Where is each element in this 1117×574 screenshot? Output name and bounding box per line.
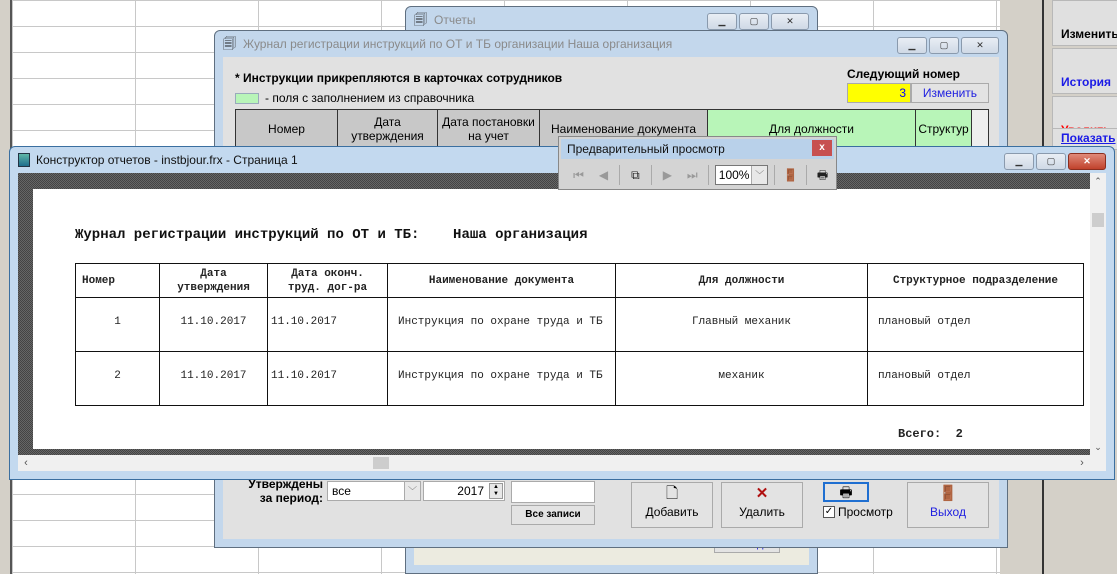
close-button[interactable]: ✕: [771, 13, 809, 30]
next-number-field[interactable]: 3: [847, 83, 911, 103]
column-header[interactable]: Структур: [916, 110, 972, 148]
maximize-button[interactable]: ▢: [739, 13, 769, 30]
vertical-scrollbar[interactable]: ⌃ ⌄: [1090, 173, 1106, 455]
multi-page-icon[interactable]: ⧉: [626, 165, 645, 185]
edit-employee-button[interactable]: Изменить: [1052, 0, 1117, 46]
year-stepper[interactable]: 2017 ▲▼: [423, 481, 505, 501]
scroll-down-icon[interactable]: ⌄: [1090, 439, 1106, 455]
exit-door-icon[interactable]: 🚪: [781, 165, 800, 185]
scroll-up-icon[interactable]: ⌃: [1090, 173, 1106, 189]
print-button[interactable]: 🖶: [823, 482, 869, 502]
exit-door-icon: 🚪: [908, 483, 988, 505]
delete-button[interactable]: ✕ Удалить: [721, 482, 803, 528]
close-button[interactable]: ✕: [1068, 153, 1106, 170]
grid-scrollbar[interactable]: [972, 110, 988, 148]
close-button[interactable]: ✕: [961, 37, 999, 54]
chevron-down-icon[interactable]: ﹀: [751, 166, 767, 184]
table-row: 2 11.10.2017 11.10.2017 Инструкция по ох…: [76, 352, 1084, 406]
report-canvas: Журнал регистрации инструкций по ОТ и ТБ…: [18, 173, 1106, 471]
report-header: Структурное подразделение: [868, 264, 1084, 298]
report-title: Журнал регистрации инструкций по ОТ и ТБ…: [75, 227, 587, 243]
maximize-button[interactable]: ▢: [929, 37, 959, 54]
report-total: Всего: 2: [898, 427, 963, 441]
minimize-button[interactable]: ▁: [707, 13, 737, 30]
legend-green-swatch: [235, 93, 259, 104]
zoom-select[interactable]: 100% ﹀: [715, 165, 768, 185]
period-label: Утверждены за период:: [237, 477, 323, 505]
instructions-note: * Инструкции прикрепляются в карточках с…: [235, 71, 562, 85]
scroll-left-icon[interactable]: ‹: [18, 455, 34, 471]
report-header: Наименование документа: [388, 264, 616, 298]
report-header: Номер: [76, 264, 160, 298]
chevron-down-icon[interactable]: ﹀: [404, 482, 420, 500]
all-records-button[interactable]: Все записи: [511, 505, 595, 525]
first-page-icon[interactable]: ⏮: [569, 165, 588, 185]
report-designer-window: Конструктор отчетов - instbjour.frx - Ст…: [9, 146, 1115, 480]
preview-toolbar-title[interactable]: Предварительный просмотр: [561, 139, 834, 159]
scroll-thumb[interactable]: [373, 457, 389, 469]
filter-field[interactable]: [511, 481, 595, 503]
close-button[interactable]: x: [812, 140, 832, 156]
printer-icon[interactable]: 🖶: [813, 165, 832, 185]
preview-toolbar-window: Предварительный просмотр x ⏮ ◀ ⧉ ▶ ⏭ 100…: [558, 136, 837, 190]
minimize-button[interactable]: ▁: [897, 37, 927, 54]
column-header[interactable]: Дата утверждения: [338, 110, 438, 148]
change-next-number-button[interactable]: Изменить: [911, 83, 989, 103]
preview-checkbox[interactable]: ✓ Просмотр: [823, 505, 893, 519]
next-page-icon[interactable]: ▶: [658, 165, 677, 185]
report-designer-icon: [18, 153, 30, 167]
minimize-button[interactable]: ▁: [1004, 153, 1034, 170]
exit-button[interactable]: 🚪 Выход: [907, 482, 989, 528]
report-header: Дата оконч. труд. дог-ра: [268, 264, 388, 298]
horizontal-scrollbar[interactable]: ‹ ›: [18, 455, 1090, 471]
next-number-label: Следующий номер: [847, 67, 960, 81]
preview-tools: ⏮ ◀ ⧉ ▶ ⏭ 100% ﹀ 🚪 🖶: [563, 162, 832, 188]
report-header: Для должности: [616, 264, 868, 298]
new-document-icon: 🗋: [632, 483, 712, 505]
legend: - поля с заполнением из справочника: [235, 91, 474, 105]
previous-page-icon[interactable]: ◀: [594, 165, 613, 185]
printer-icon: 🖶: [839, 484, 852, 500]
printer-stack-icon: 🗐: [414, 13, 430, 27]
column-header[interactable]: Дата постановки на учет: [438, 110, 540, 148]
printer-stack-icon: 🗐: [223, 37, 239, 51]
checkmark-icon[interactable]: ✓: [823, 506, 835, 518]
add-button[interactable]: 🗋 Добавить: [631, 482, 713, 528]
scroll-right-icon[interactable]: ›: [1074, 455, 1090, 471]
last-page-icon[interactable]: ⏭: [683, 165, 702, 185]
history-button[interactable]: История: [1052, 48, 1117, 94]
period-select[interactable]: все ﹀: [327, 481, 421, 501]
maximize-button[interactable]: ▢: [1036, 153, 1066, 170]
scroll-thumb[interactable]: [1092, 213, 1104, 227]
report-header: Дата утверждения: [160, 264, 268, 298]
report-page: Журнал регистрации инструкций по ОТ и ТБ…: [33, 189, 1093, 449]
resize-grip[interactable]: [1090, 455, 1106, 471]
spin-arrows-icon[interactable]: ▲▼: [489, 483, 503, 499]
column-header[interactable]: Номер: [236, 110, 338, 148]
report-table: Номер Дата утверждения Дата оконч. труд.…: [75, 263, 1084, 406]
journal-window-titlebar[interactable]: 🗐 Журнал регистрации инструкций по ОТ и …: [215, 31, 1007, 57]
delete-x-icon: ✕: [722, 483, 802, 505]
table-row: 1 11.10.2017 11.10.2017 Инструкция по ох…: [76, 298, 1084, 352]
